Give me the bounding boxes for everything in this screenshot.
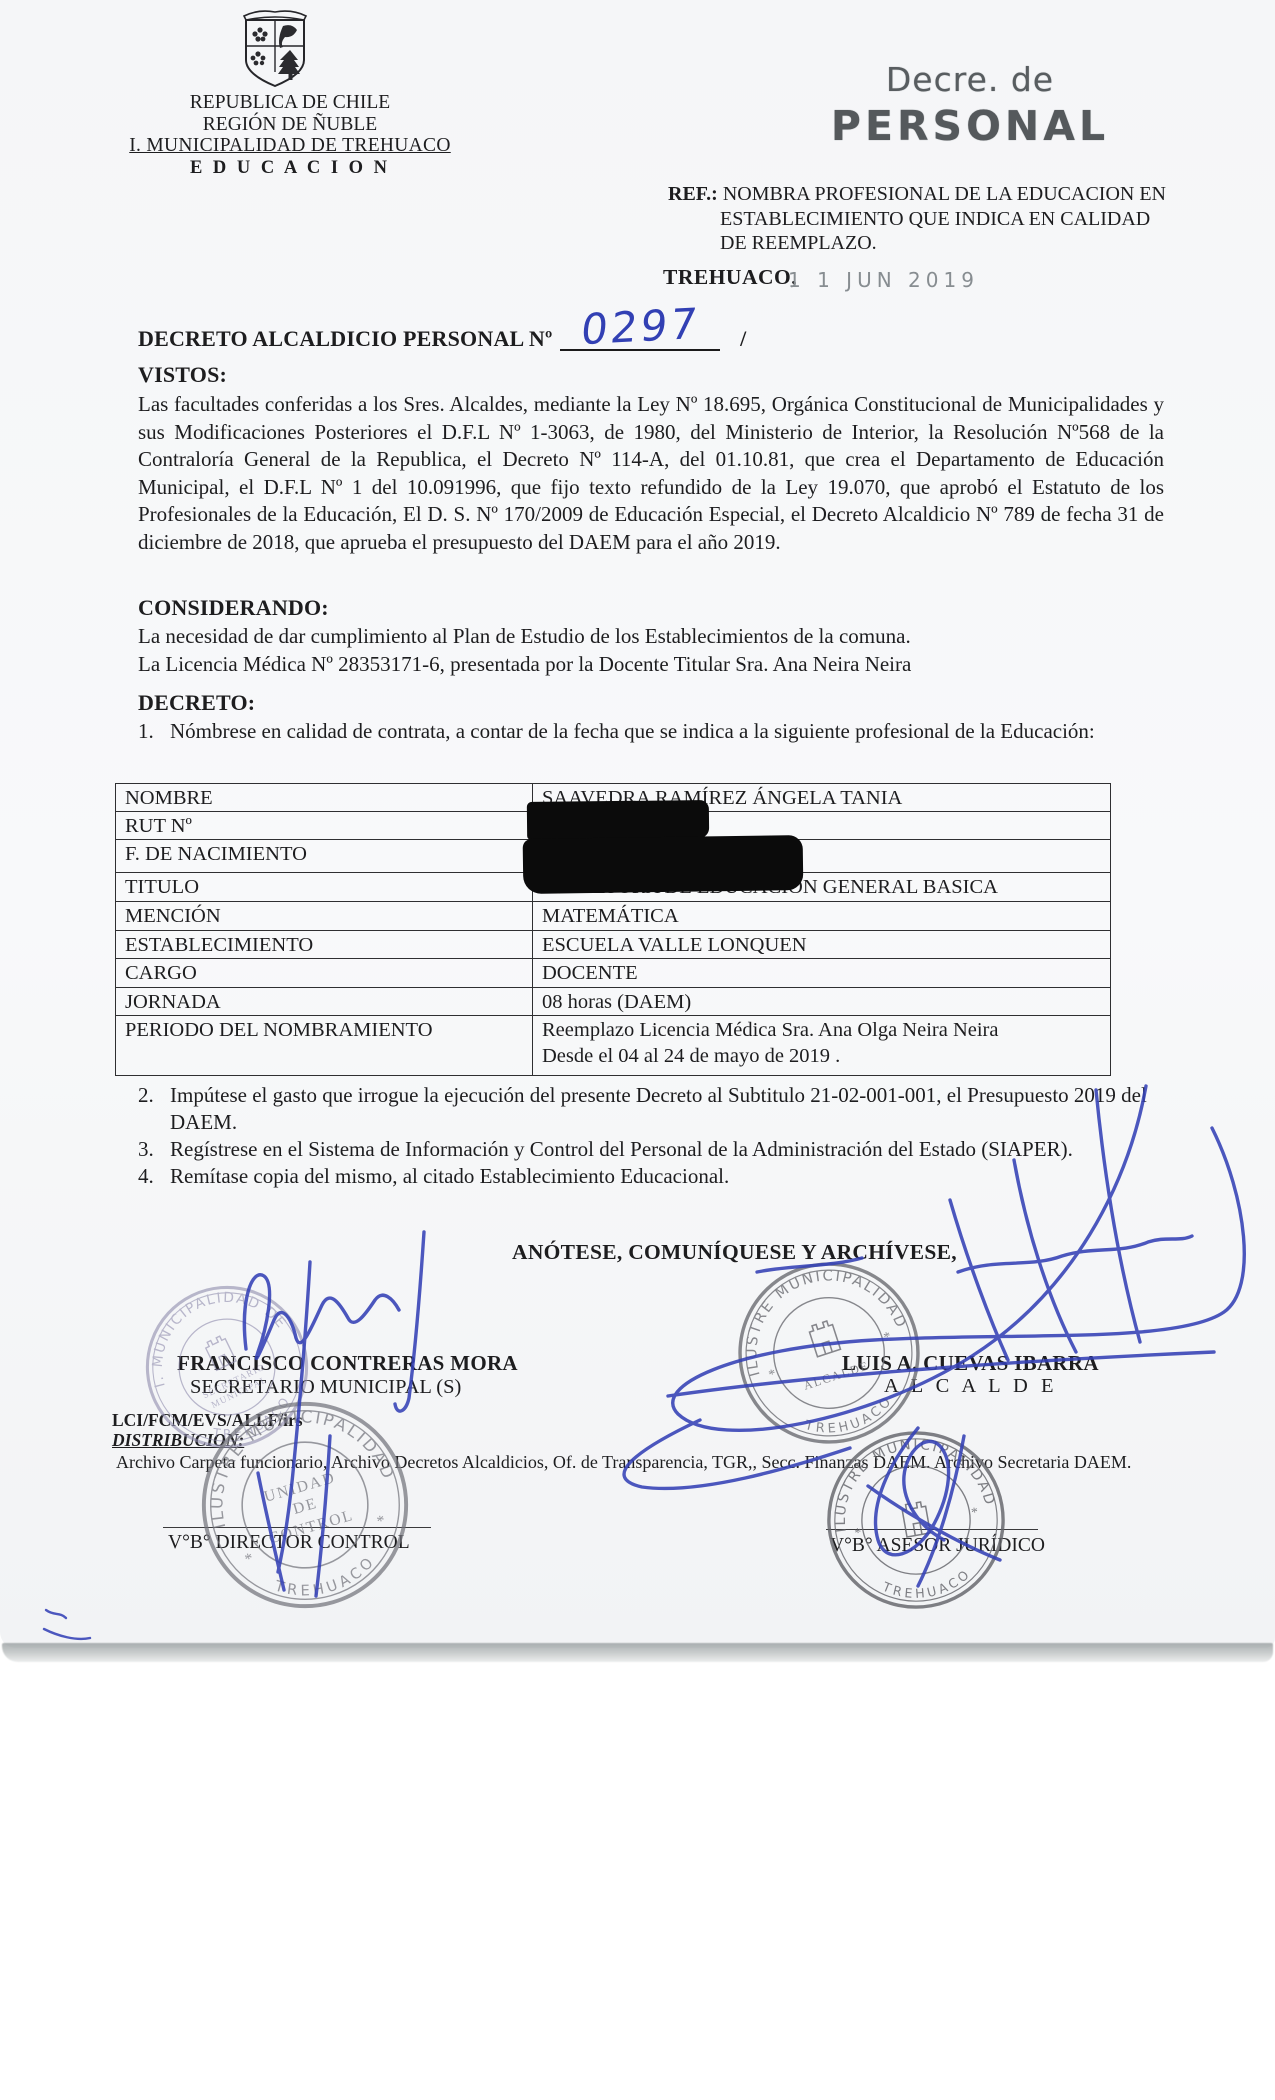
distribution-list: Archivo Carpeta funcionario, Archivo Dec… [116, 1452, 1236, 1473]
item2-text: Impútese el gasto que irrogue la ejecuci… [170, 1082, 1166, 1136]
closing-formula: ANÓTESE, COMUNÍQUESE Y ARCHÍVESE, [512, 1240, 957, 1265]
org-country: REPUBLICA DE CHILE [118, 92, 462, 114]
decree-items: 2. Impútese el gasto que irrogue la ejec… [138, 1082, 1166, 1190]
decree-item-1: 1. Nómbrese en calidad de contrata, a co… [138, 718, 1166, 745]
decree-item-2: 2. Impútese el gasto que irrogue la ejec… [138, 1082, 1166, 1136]
decree-item-4: 4. Remítase copia del mismo, al citado E… [138, 1163, 1166, 1190]
redaction-bar-nacimiento [523, 835, 804, 894]
org-region: REGIÓN DE ÑUBLE [118, 114, 462, 136]
row-label: NOMBRE [116, 784, 533, 812]
vistos-heading: VISTOS: [138, 362, 227, 388]
decree-slash: / [740, 326, 746, 351]
vb-left-line [163, 1527, 431, 1528]
item4-number: 4. [138, 1163, 170, 1190]
redaction-bar-rut [527, 800, 709, 840]
vistos-body: Las facultades conferidas a los Sres. Al… [138, 391, 1164, 556]
row-label: F. DE NACIMIENTO [116, 840, 533, 873]
doc-type-stamp-line2: PERSONAL [822, 102, 1118, 150]
row-value: DOCENTE [533, 959, 1111, 988]
table-row-establecimiento: ESTABLECIMIENTO ESCUELA VALLE LONQUEN [116, 931, 1111, 959]
page-bottom-shadow [2, 1643, 1273, 1662]
drafting-initials: LCI/FCM/EVS/ALLF/irs [112, 1410, 303, 1431]
doc-type-stamp-line1: Decre. de [828, 60, 1112, 99]
secretary-name: FRANCISCO CONTRERAS MORA [177, 1351, 518, 1376]
item2-number: 2. [138, 1082, 170, 1136]
decreto-heading: DECRETO: [138, 690, 255, 716]
coat-of-arms-icon [238, 6, 312, 94]
decree-number-underline: 0297 [560, 315, 720, 351]
vb-right-line [826, 1529, 1038, 1530]
row-label: PERIODO DEL NOMBRAMIENTO [116, 1016, 533, 1076]
considerando-heading: CONSIDERANDO: [138, 595, 329, 621]
row-label: MENCIÓN [116, 902, 533, 931]
ref-label-real: REF.: [668, 183, 718, 205]
decree-number-line: DECRETO ALCALDICIO PERSONAL Nº0297 / [138, 315, 746, 352]
mayor-title: A L C A L D E [884, 1375, 1058, 1398]
row-label: ESTABLECIMIENTO [116, 931, 533, 959]
vb-asesor-juridico: V°B° ASESOR JURÍDICO [830, 1535, 1045, 1557]
row-label: CARGO [116, 959, 533, 988]
item1-number: 1. [138, 718, 170, 745]
mayor-name: LUIS A. CUEVAS IBARRA [842, 1351, 1099, 1376]
periodo-line1: Reemplazo Licencia Médica Sra. Ana Olga … [542, 1017, 1101, 1043]
item1-text: Nómbrese en calidad de contrata, a conta… [170, 718, 1095, 745]
row-value: MATEMÁTICA [533, 902, 1111, 931]
ref-text: NOMBRA PROFESIONAL DE LA EDUCACION EN ES… [720, 183, 1166, 254]
considerando-line2: La Licencia Médica Nº 28353171-6, presen… [138, 651, 1168, 679]
ref-block: REF.: NOMBRA PROFESIONAL DE LA EDUCACION… [668, 182, 1176, 256]
table-row-cargo: CARGO DOCENTE [116, 959, 1111, 988]
decree-number-handwritten: 0297 [579, 307, 701, 347]
row-label: TITULO [116, 873, 533, 902]
row-label: RUT Nº [116, 812, 533, 840]
letterhead: REPUBLICA DE CHILE REGIÓN DE ÑUBLE I. MU… [118, 92, 462, 179]
vb-director-control: V°B° DIRECTOR CONTROL [168, 1532, 410, 1554]
place-label: TREHUACO, [663, 265, 797, 290]
considerando-line1: La necesidad de dar cumplimiento al Plan… [138, 623, 1168, 651]
decree-item-3: 3. Regístrese en el Sistema de Informaci… [138, 1136, 1166, 1163]
considerando-body: La necesidad de dar cumplimiento al Plan… [138, 623, 1168, 678]
org-department: E D U C A C I O N [118, 158, 462, 180]
secretary-title: SECRETARIO MUNICIPAL (S) [190, 1376, 461, 1399]
item3-number: 3. [138, 1136, 170, 1163]
table-row-periodo: PERIODO DEL NOMBRAMIENTO Reemplazo Licen… [116, 1016, 1111, 1076]
table-row-mencion: MENCIÓN MATEMÁTICA [116, 902, 1111, 931]
row-value: Reemplazo Licencia Médica Sra. Ana Olga … [533, 1016, 1111, 1076]
date-stamp: 1 1 JUN 2019 [788, 268, 979, 292]
table-row-jornada: JORNADA 08 horas (DAEM) [116, 988, 1111, 1016]
item4-text: Remítase copia del mismo, al citado Esta… [170, 1163, 729, 1190]
row-value: ESCUELA VALLE LONQUEN [533, 931, 1111, 959]
item3-text: Regístrese en el Sistema de Información … [170, 1136, 1073, 1163]
decree-label: DECRETO ALCALDICIO PERSONAL Nº [138, 326, 552, 351]
distribution-label: DISTRIBUCION: [112, 1430, 244, 1451]
row-value: 08 horas (DAEM) [533, 988, 1111, 1016]
org-municipality: I. MUNICIPALIDAD DE TREHUACO [118, 135, 462, 157]
row-label: JORNADA [116, 988, 533, 1016]
periodo-line2: Desde el 04 al 24 de mayo de 2019 . [542, 1043, 1101, 1069]
